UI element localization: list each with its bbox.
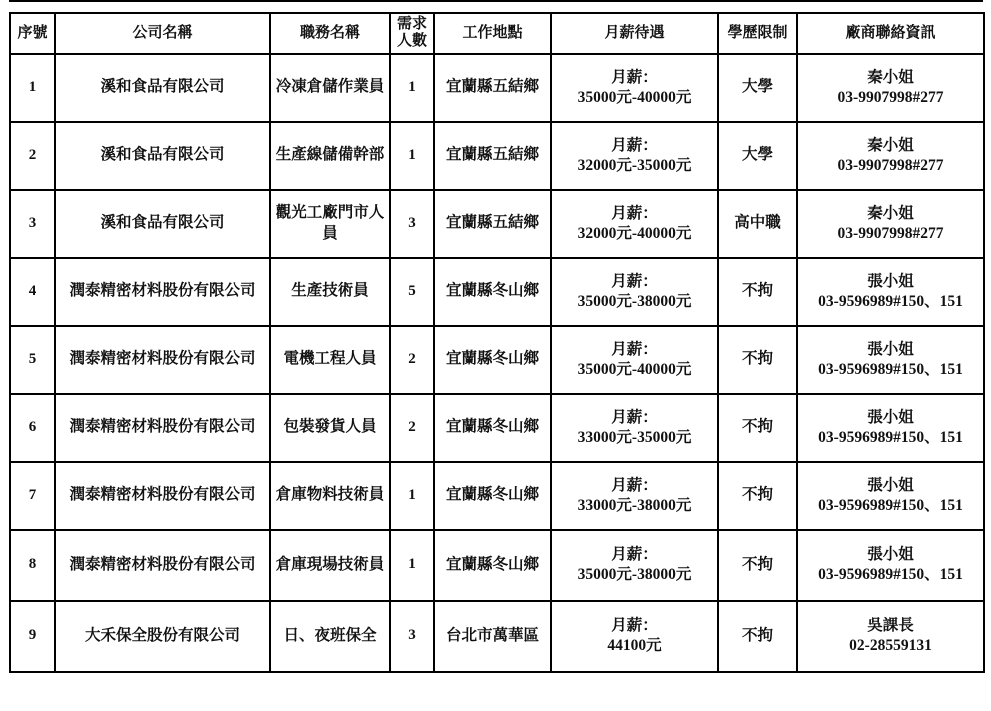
- column-header-salary: 月薪待遇: [551, 13, 718, 54]
- cell-salary: 月薪： 35000元-38000元: [551, 530, 718, 601]
- cell-contact: 張小姐 03-9596989#150、151: [797, 394, 984, 462]
- cell-company: 溪和食品有限公司: [55, 122, 270, 190]
- cell-count: 5: [390, 258, 434, 326]
- salary-label: 月薪：: [554, 340, 715, 360]
- header-row: 序號 公司名稱 職務名稱 需求人數 工作地點 月薪待遇 學歷限制 廠商聯絡資訊: [10, 13, 984, 54]
- cell-salary: 月薪： 35000元-38000元: [551, 258, 718, 326]
- cell-education: 不拘: [718, 462, 797, 530]
- contact-name: 張小姐: [800, 476, 981, 496]
- cell-education: 高中職: [718, 190, 797, 258]
- salary-amount: 32000元-35000元: [554, 156, 715, 176]
- cell-no: 4: [10, 258, 55, 326]
- cell-company: 潤泰精密材料股份有限公司: [55, 462, 270, 530]
- cell-job: 日、夜班保全: [270, 601, 390, 672]
- column-header-location: 工作地點: [434, 13, 551, 54]
- cell-company: 潤泰精密材料股份有限公司: [55, 326, 270, 394]
- cell-education: 不拘: [718, 258, 797, 326]
- column-header-count: 需求人數: [390, 13, 434, 54]
- cell-salary: 月薪： 33000元-35000元: [551, 394, 718, 462]
- salary-amount: 32000元-40000元: [554, 224, 715, 244]
- table-row: 9 大禾保全股份有限公司 日、夜班保全 3 台北市萬華區 月薪： 44100元 …: [10, 601, 984, 672]
- cell-job: 包裝發貨人員: [270, 394, 390, 462]
- cell-count: 1: [390, 462, 434, 530]
- cell-location: 宜蘭縣五結鄉: [434, 122, 551, 190]
- contact-name: 秦小姐: [800, 204, 981, 224]
- cell-job: 電機工程人員: [270, 326, 390, 394]
- contact-name: 張小姐: [800, 340, 981, 360]
- salary-label: 月薪：: [554, 272, 715, 292]
- cell-no: 5: [10, 326, 55, 394]
- cell-no: 2: [10, 122, 55, 190]
- contact-name: 秦小姐: [800, 136, 981, 156]
- column-header-contact: 廠商聯絡資訊: [797, 13, 984, 54]
- cell-job: 倉庫物料技術員: [270, 462, 390, 530]
- cell-salary: 月薪： 35000元-40000元: [551, 326, 718, 394]
- contact-phone: 03-9596989#150、151: [800, 496, 981, 516]
- table-row: 5 潤泰精密材料股份有限公司 電機工程人員 2 宜蘭縣冬山鄉 月薪： 35000…: [10, 326, 984, 394]
- cell-contact: 張小姐 03-9596989#150、151: [797, 258, 984, 326]
- cell-education: 不拘: [718, 394, 797, 462]
- cell-location: 宜蘭縣五結鄉: [434, 54, 551, 122]
- cell-contact: 秦小姐 03-9907998#277: [797, 54, 984, 122]
- contact-phone: 03-9907998#277: [800, 88, 981, 108]
- cell-company: 潤泰精密材料股份有限公司: [55, 258, 270, 326]
- cell-salary: 月薪： 35000元-40000元: [551, 54, 718, 122]
- salary-label: 月薪：: [554, 68, 715, 88]
- cell-count: 2: [390, 394, 434, 462]
- salary-amount: 35000元-40000元: [554, 88, 715, 108]
- cell-company: 溪和食品有限公司: [55, 54, 270, 122]
- cell-location: 宜蘭縣冬山鄉: [434, 530, 551, 601]
- cell-contact: 張小姐 03-9596989#150、151: [797, 462, 984, 530]
- contact-name: 張小姐: [800, 545, 981, 565]
- cell-education: 不拘: [718, 326, 797, 394]
- cell-salary: 月薪： 32000元-35000元: [551, 122, 718, 190]
- salary-label: 月薪：: [554, 204, 715, 224]
- salary-amount: 33000元-38000元: [554, 496, 715, 516]
- cell-count: 1: [390, 122, 434, 190]
- cell-job: 生產線儲備幹部: [270, 122, 390, 190]
- cell-count: 1: [390, 530, 434, 601]
- table-row: 4 潤泰精密材料股份有限公司 生產技術員 5 宜蘭縣冬山鄉 月薪： 35000元…: [10, 258, 984, 326]
- cell-no: 3: [10, 190, 55, 258]
- contact-phone: 02-28559131: [800, 636, 981, 656]
- cell-location: 宜蘭縣冬山鄉: [434, 462, 551, 530]
- cell-education: 大學: [718, 122, 797, 190]
- cell-job: 冷凍倉儲作業員: [270, 54, 390, 122]
- cell-contact: 張小姐 03-9596989#150、151: [797, 530, 984, 601]
- contact-name: 秦小姐: [800, 68, 981, 88]
- column-header-job: 職務名稱: [270, 13, 390, 54]
- salary-label: 月薪：: [554, 476, 715, 496]
- salary-amount: 35000元-40000元: [554, 360, 715, 380]
- salary-label: 月薪：: [554, 545, 715, 565]
- cell-contact: 吳課長 02-28559131: [797, 601, 984, 672]
- salary-label: 月薪：: [554, 616, 715, 636]
- cell-job: 生產技術員: [270, 258, 390, 326]
- contact-phone: 03-9596989#150、151: [800, 428, 981, 448]
- column-header-education: 學歷限制: [718, 13, 797, 54]
- cell-location: 宜蘭縣五結鄉: [434, 190, 551, 258]
- cell-job: 倉庫現場技術員: [270, 530, 390, 601]
- table-row: 6 潤泰精密材料股份有限公司 包裝發貨人員 2 宜蘭縣冬山鄉 月薪： 33000…: [10, 394, 984, 462]
- cell-salary: 月薪： 32000元-40000元: [551, 190, 718, 258]
- contact-phone: 03-9907998#277: [800, 224, 981, 244]
- table-row: 3 溪和食品有限公司 觀光工廠門市人員 3 宜蘭縣五結鄉 月薪： 32000元-…: [10, 190, 984, 258]
- cell-company: 大禾保全股份有限公司: [55, 601, 270, 672]
- cell-contact: 張小姐 03-9596989#150、151: [797, 326, 984, 394]
- cell-contact: 秦小姐 03-9907998#277: [797, 190, 984, 258]
- cell-count: 2: [390, 326, 434, 394]
- cell-education: 大學: [718, 54, 797, 122]
- salary-label: 月薪：: [554, 136, 715, 156]
- cell-no: 9: [10, 601, 55, 672]
- column-header-no: 序號: [10, 13, 55, 54]
- cell-no: 6: [10, 394, 55, 462]
- cell-no: 1: [10, 54, 55, 122]
- top-horizontal-rule: [9, 0, 983, 2]
- contact-phone: 03-9596989#150、151: [800, 565, 981, 585]
- table-row: 8 潤泰精密材料股份有限公司 倉庫現場技術員 1 宜蘭縣冬山鄉 月薪： 3500…: [10, 530, 984, 601]
- cell-company: 潤泰精密材料股份有限公司: [55, 394, 270, 462]
- column-header-company: 公司名稱: [55, 13, 270, 54]
- contact-name: 吳課長: [800, 616, 981, 636]
- cell-education: 不拘: [718, 601, 797, 672]
- cell-education: 不拘: [718, 530, 797, 601]
- salary-label: 月薪：: [554, 408, 715, 428]
- contact-phone: 03-9596989#150、151: [800, 292, 981, 312]
- cell-contact: 秦小姐 03-9907998#277: [797, 122, 984, 190]
- salary-amount: 33000元-35000元: [554, 428, 715, 448]
- table-row: 1 溪和食品有限公司 冷凍倉儲作業員 1 宜蘭縣五結鄉 月薪： 35000元-4…: [10, 54, 984, 122]
- cell-location: 宜蘭縣冬山鄉: [434, 258, 551, 326]
- cell-job: 觀光工廠門市人員: [270, 190, 390, 258]
- cell-company: 潤泰精密材料股份有限公司: [55, 530, 270, 601]
- contact-phone: 03-9596989#150、151: [800, 360, 981, 380]
- table-row: 2 溪和食品有限公司 生產線儲備幹部 1 宜蘭縣五結鄉 月薪： 32000元-3…: [10, 122, 984, 190]
- salary-amount: 35000元-38000元: [554, 565, 715, 585]
- cell-location: 台北市萬華區: [434, 601, 551, 672]
- salary-amount: 44100元: [554, 636, 715, 656]
- cell-salary: 月薪： 44100元: [551, 601, 718, 672]
- cell-no: 7: [10, 462, 55, 530]
- table-row: 7 潤泰精密材料股份有限公司 倉庫物料技術員 1 宜蘭縣冬山鄉 月薪： 3300…: [10, 462, 984, 530]
- cell-location: 宜蘭縣冬山鄉: [434, 394, 551, 462]
- cell-count: 3: [390, 601, 434, 672]
- salary-amount: 35000元-38000元: [554, 292, 715, 312]
- cell-count: 3: [390, 190, 434, 258]
- cell-salary: 月薪： 33000元-38000元: [551, 462, 718, 530]
- contact-name: 張小姐: [800, 272, 981, 292]
- cell-no: 8: [10, 530, 55, 601]
- cell-count: 1: [390, 54, 434, 122]
- cell-location: 宜蘭縣冬山鄉: [434, 326, 551, 394]
- contact-phone: 03-9907998#277: [800, 156, 981, 176]
- job-listing-table: 序號 公司名稱 職務名稱 需求人數 工作地點 月薪待遇 學歷限制 廠商聯絡資訊 …: [9, 12, 985, 673]
- cell-company: 溪和食品有限公司: [55, 190, 270, 258]
- contact-name: 張小姐: [800, 408, 981, 428]
